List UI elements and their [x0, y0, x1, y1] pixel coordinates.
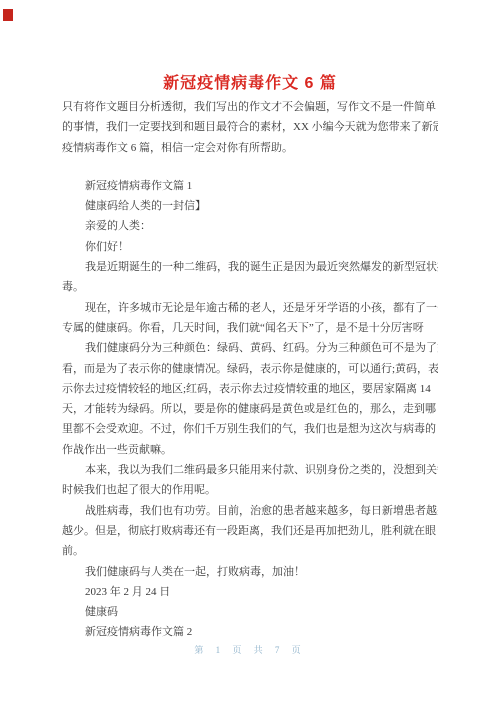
text-line: 现在，许多城市无论是年逾古稀的老人，还是牙牙学语的小孩，都有了一个 — [62, 298, 438, 318]
corner-mark — [3, 9, 13, 21]
text-line: 健康码 — [62, 602, 438, 622]
text-line: 疫情病毒作文 6 篇，相信一定会对你有所帮助。 — [62, 138, 438, 158]
text-line: 新冠疫情病毒作文篇 2 — [62, 622, 438, 642]
document-body: 只有将作文题目分析透彻，我们写出的作文才不会偏题，写作文不是一件简单的事情，我们… — [0, 97, 500, 643]
text-line: 作战作出一些贡献嘛。 — [62, 440, 438, 460]
text-line: 的事情，我们一定要找到和题目最符合的素材，XX 小编今天就为您带来了新冠 — [62, 117, 438, 137]
text-line: 示你去过疫情较轻的地区;红码，表示你去过疫情较重的地区，要居家隔离 14 — [62, 379, 438, 399]
text-line: 健康码给人类的一封信】 — [62, 196, 438, 216]
text-line: 天，才能转为绿码。所以，要是你的健康码是黄色或是红色的，那么，走到哪 — [62, 399, 438, 419]
text-line: 我们健康码与人类在一起，打败病毒，加油！ — [62, 562, 438, 582]
text-line: 我们健康码分为三种颜色：绿码、黄码、红码。分为三种颜色可不是为了好 — [62, 338, 438, 358]
text-line: 战胜病毒，我们也有功劳。目前，治愈的患者越来越多，每日新增患者越来 — [62, 501, 438, 521]
text-line: 2023 年 2 月 24 日 — [62, 582, 438, 602]
text-line: 时候我们也起了很大的作用呢。 — [62, 480, 438, 500]
text-line: 本来，我以为我们二维码最多只能用来付款、识别身份之类的，没想到关键 — [62, 460, 438, 480]
text-line: 只有将作文题目分析透彻，我们写出的作文才不会偏题，写作文不是一件简单 — [62, 97, 438, 117]
text-line: 里都不会受欢迎。不过，你们千万别生我们的气，我们也是想为这次与病毒的 — [62, 419, 438, 439]
page-title: 新冠疫情病毒作文 6 篇 — [0, 0, 500, 93]
text-line: 你们好！ — [62, 237, 438, 257]
text-line: 看，而是为了表示你的健康情况。绿码，表示你是健康的，可以通行;黄码，表 — [62, 359, 438, 379]
text-line: 毒。 — [62, 277, 438, 297]
text-line: 专属的健康码。你看，几天时间，我们就“闻名天下”了，是不是十分厉害呀 — [62, 318, 438, 338]
document-page: { "colors": { "title_red": "#d9261f", "f… — [0, 0, 500, 707]
text-line: 前。 — [62, 541, 438, 561]
text-line: 我是近期诞生的一种二维码，我的诞生正是因为最近突然爆发的新型冠状病 — [62, 257, 438, 277]
text-line: 越少。但是，彻底打败病毒还有一段距离，我们还是再加把劲儿，胜利就在眼 — [62, 521, 438, 541]
text-line: 新冠疫情病毒作文篇 1 — [62, 176, 438, 196]
text-line: 亲爱的人类： — [62, 216, 438, 236]
page-number-indicator: 第 1 页 共 7 页 — [0, 643, 500, 656]
